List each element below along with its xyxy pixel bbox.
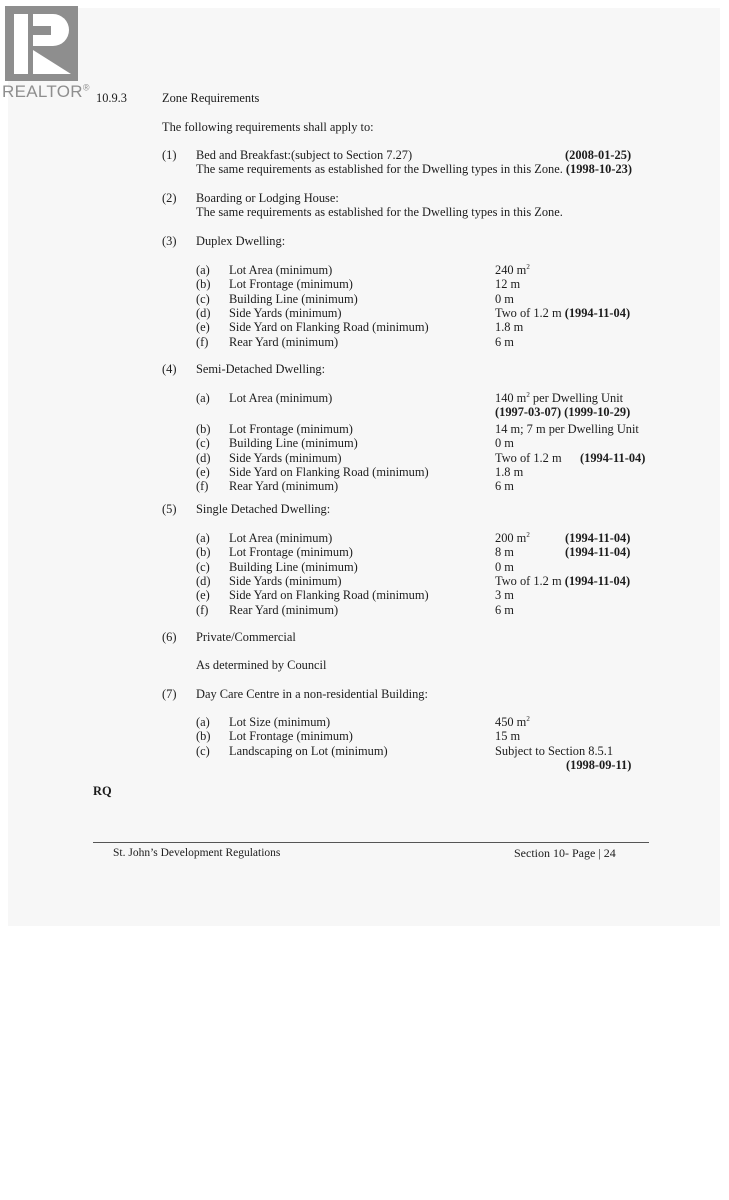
requirement-amendment-date: (1994-11-04) (580, 451, 645, 465)
requirement-value: 6 m (495, 335, 514, 349)
item-number: (3) (162, 234, 176, 248)
requirement-label: (f) (196, 479, 208, 493)
requirement-label: (b) (196, 277, 210, 291)
requirement-label: (f) (196, 603, 208, 617)
requirement-label: (a) (196, 715, 210, 729)
item-title: Duplex Dwelling: (196, 234, 285, 248)
requirement-value: 12 m (495, 277, 520, 291)
section-number: 10.9.3 (96, 91, 127, 105)
requirement-name: Lot Area (minimum) (229, 531, 332, 545)
item-title: Day Care Centre in a non-residential Bui… (196, 687, 428, 701)
requirement-amendment-date: (1998-09-11) (566, 758, 631, 772)
item-text: The same requirements as established for… (196, 162, 632, 176)
item-number: (7) (162, 687, 176, 701)
requirement-label: (c) (196, 560, 210, 574)
requirement-name: Side Yards (minimum) (229, 451, 342, 465)
footer-title: St. John’s Development Regulations (113, 846, 280, 860)
requirement-value: 0 m (495, 436, 514, 450)
realtor-r-logo-icon (5, 6, 78, 81)
requirement-name: Lot Area (minimum) (229, 391, 332, 405)
requirement-name: Side Yard on Flanking Road (minimum) (229, 465, 429, 479)
requirement-label: (b) (196, 545, 210, 559)
requirement-name: Lot Frontage (minimum) (229, 729, 353, 743)
requirement-name: Lot Frontage (minimum) (229, 545, 353, 559)
item-title: Single Detached Dwelling: (196, 502, 330, 516)
item-number: (2) (162, 191, 176, 205)
requirement-value: 6 m (495, 479, 514, 493)
requirement-label: (e) (196, 465, 210, 479)
requirement-value: 3 m (495, 588, 514, 602)
requirement-name: Lot Area (minimum) (229, 263, 332, 277)
requirement-label: (c) (196, 292, 210, 306)
item-number: (4) (162, 362, 176, 376)
item-text: As determined by Council (196, 658, 326, 672)
item-title: Bed and Breakfast:(subject to Section 7.… (196, 148, 412, 162)
requirement-value: 8 m (495, 545, 514, 559)
requirement-value: 1.8 m (495, 320, 523, 334)
item-number: (6) (162, 630, 176, 644)
section-title: Zone Requirements (162, 91, 259, 105)
requirement-label: (d) (196, 451, 210, 465)
requirement-value: 200 m2 (495, 531, 530, 545)
requirement-label: (e) (196, 320, 210, 334)
requirement-value: 450 m2 (495, 715, 530, 729)
section-intro: The following requirements shall apply t… (162, 120, 374, 134)
footer-page-number: Section 10- Page | 24 (514, 846, 616, 860)
requirement-value: Two of 1.2 m (495, 451, 562, 465)
requirement-label: (a) (196, 531, 210, 545)
requirement-value: 1.8 m (495, 465, 523, 479)
requirement-name: Side Yard on Flanking Road (minimum) (229, 320, 429, 334)
requirement-name: Lot Size (minimum) (229, 715, 330, 729)
requirement-name: Landscaping on Lot (minimum) (229, 744, 388, 758)
requirement-name: Lot Frontage (minimum) (229, 422, 353, 436)
item-title: Semi-Detached Dwelling: (196, 362, 325, 376)
requirement-value: 6 m (495, 603, 514, 617)
requirement-label: (a) (196, 391, 210, 405)
item-text: The same requirements as established for… (196, 205, 563, 219)
requirement-name: Side Yards (minimum) (229, 574, 342, 588)
requirement-label: (a) (196, 263, 210, 277)
requirement-name: Side Yard on Flanking Road (minimum) (229, 588, 429, 602)
requirement-name: Rear Yard (minimum) (229, 603, 338, 617)
requirement-name: Rear Yard (minimum) (229, 479, 338, 493)
item-number: (5) (162, 502, 176, 516)
item-amendment-date: (2008-01-25) (565, 148, 631, 162)
requirement-value: Two of 1.2 m (1994-11-04) (495, 574, 630, 588)
requirement-value: 14 m; 7 m per Dwelling Unit (495, 422, 639, 436)
requirement-name: Rear Yard (minimum) (229, 335, 338, 349)
requirement-value: 140 m2 per Dwelling Unit (495, 391, 623, 405)
requirement-amendment-date: (1994-11-04) (565, 531, 630, 545)
realtor-wordmark: REALTOR® (2, 82, 90, 102)
requirement-value: 15 m (495, 729, 520, 743)
item-number: (1) (162, 148, 176, 162)
requirement-value: Subject to Section 8.5.1 (495, 744, 613, 758)
requirement-label: (b) (196, 729, 210, 743)
requirement-value: 0 m (495, 560, 514, 574)
requirement-name: Side Yards (minimum) (229, 306, 342, 320)
item-title: Boarding or Lodging House: (196, 191, 339, 205)
requirement-label: (e) (196, 588, 210, 602)
item-title: Private/Commercial (196, 630, 296, 644)
requirement-label: (b) (196, 422, 210, 436)
requirement-value: Two of 1.2 m (1994-11-04) (495, 306, 630, 320)
requirement-label: (d) (196, 306, 210, 320)
footer-divider (93, 842, 649, 843)
requirement-value: 240 m2 (495, 263, 530, 277)
requirement-label: (c) (196, 436, 210, 450)
requirement-name: Building Line (minimum) (229, 292, 358, 306)
requirement-label: (c) (196, 744, 210, 758)
requirement-amendment-date: (1997-03-07) (1999-10-29) (495, 405, 630, 419)
requirement-amendment-date: (1994-11-04) (565, 545, 630, 559)
margin-note: RQ (93, 784, 112, 798)
requirement-name: Building Line (minimum) (229, 436, 358, 450)
requirement-label: (f) (196, 335, 208, 349)
requirement-name: Lot Frontage (minimum) (229, 277, 353, 291)
requirement-label: (d) (196, 574, 210, 588)
requirement-name: Building Line (minimum) (229, 560, 358, 574)
requirement-value: 0 m (495, 292, 514, 306)
